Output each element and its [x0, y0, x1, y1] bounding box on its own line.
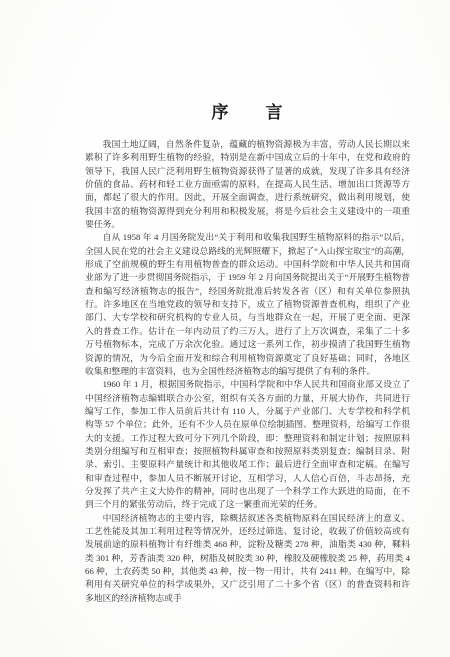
paragraph-1: 我国土地辽阔，自然条件复杂，蕴藏的植物资源极为丰富，劳动人民长期以来累积了许多利… [85, 138, 410, 231]
paragraph-3: 1960 年 1 月，根据国务院指示，中国科学院和中华人民共和国商业部又设立了中… [85, 378, 410, 511]
paragraph-4: 中国经济植物志的主要内容，除概括叙述各类植物原料在国民经济上的意义、工艺性能及其… [85, 512, 410, 605]
document-page: 序 言 我国土地辽阔，自然条件复杂，蕴藏的植物资源极为丰富，劳动人民长期以来累积… [0, 0, 450, 657]
page-title: 序 言 [85, 98, 410, 123]
paragraph-2: 自从 1958 年 4 月国务院发出“关于利用和收集我国野生植物原料的指示”以后… [85, 231, 410, 378]
